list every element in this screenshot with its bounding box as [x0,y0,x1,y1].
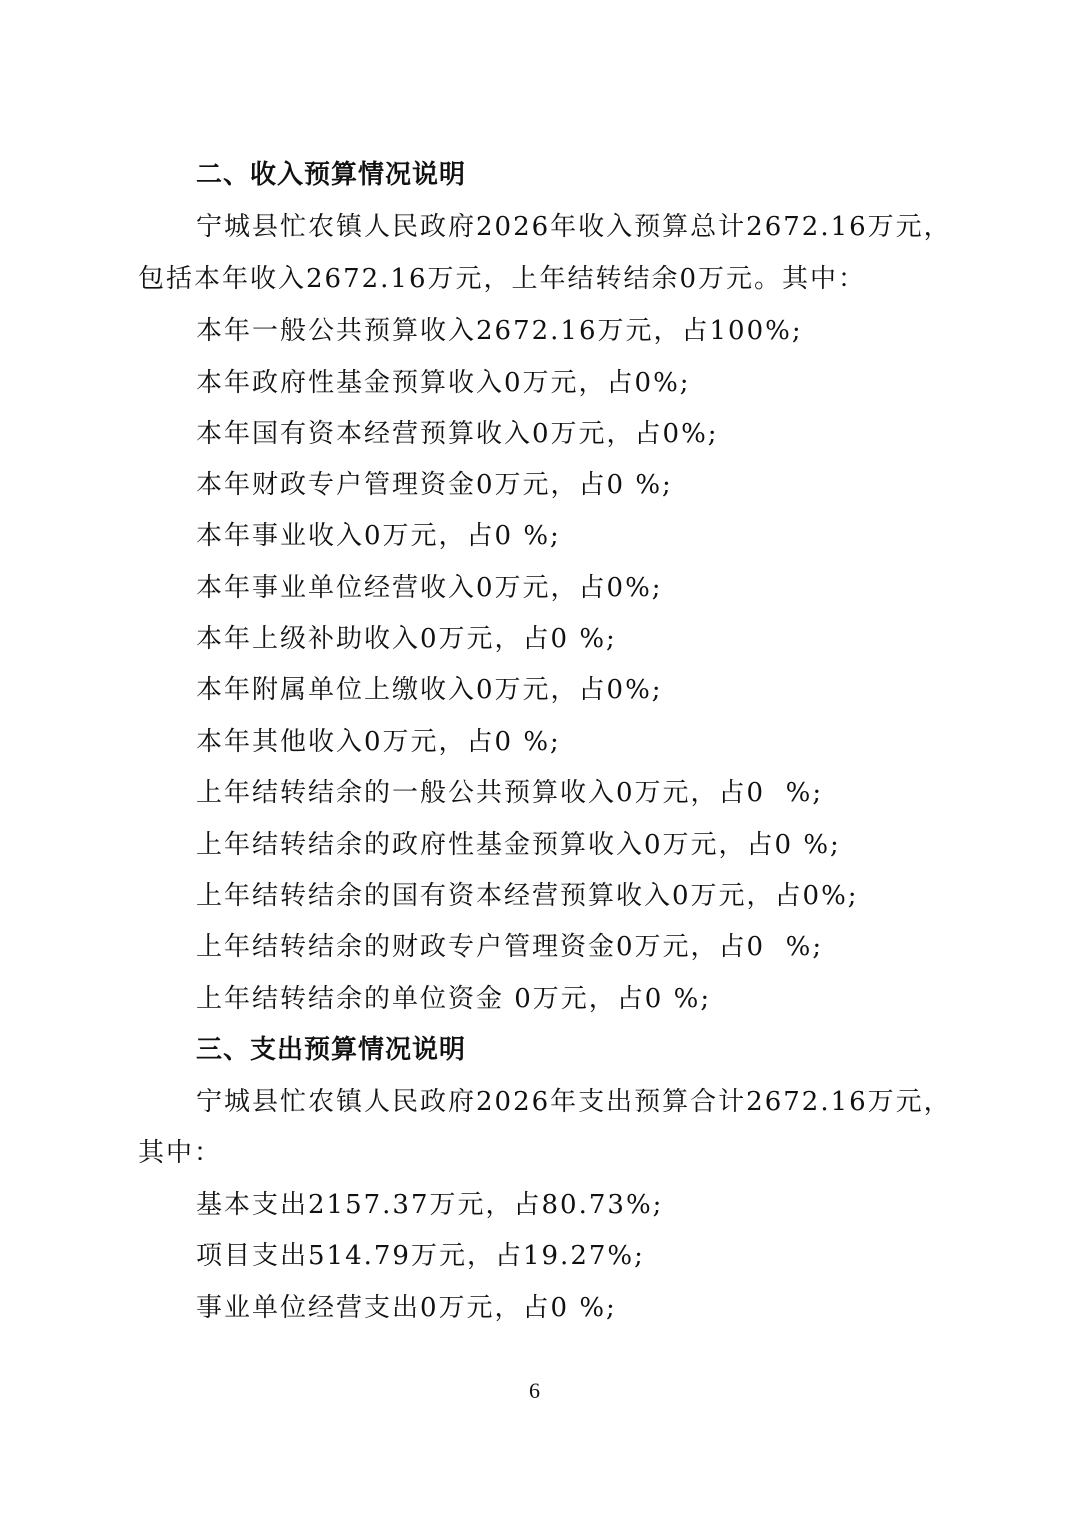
revenue-item: 本年政府性基金预算收入0万元，占0%; [196,366,691,400]
page-number: 6 [529,1378,540,1404]
document-page: 二、收入预算情况说明 宁城县忙农镇人民政府2026年收入预算总计2672.16万… [0,0,1074,1520]
revenue-item: 上年结转结余的政府性基金预算收入0万元，占0 %; [196,828,841,862]
section-heading-revenue: 二、收入预算情况说明 [196,158,466,192]
revenue-item: 上年结转结余的单位资金 0万元，占0 %; [196,982,711,1016]
revenue-item: 本年一般公共预算收入2672.16万元，占100%; [196,314,803,348]
revenue-item: 本年附属单位上缴收入0万元，占0%; [196,673,663,707]
revenue-item: 上年结转结余的一般公共预算收入0万元，占0 %; [196,776,823,810]
revenue-intro-line-2: 包括本年收入2672.16万元，上年结转结余0万元。其中： [138,262,866,296]
revenue-item: 本年财政专户管理资金0万元，占0 %; [196,468,673,502]
expenditure-item: 基本支出2157.37万元，占80.73%; [196,1188,663,1222]
expenditure-item: 事业单位经营支出0万元，占0 %; [196,1291,617,1325]
expenditure-item: 项目支出514.79万元，占19.27%; [196,1239,645,1273]
revenue-item: 上年结转结余的财政专户管理资金0万元，占0 %; [196,930,823,964]
revenue-item: 本年国有资本经营预算收入0万元，占0%; [196,417,719,451]
section-heading-expenditure: 三、支出预算情况说明 [196,1033,466,1067]
revenue-item: 本年上级补助收入0万元，占0 %; [196,622,617,656]
revenue-intro-line-1: 宁城县忙农镇人民政府2026年收入预算总计2672.16万元， [196,210,952,244]
expenditure-intro-line-2: 其中： [138,1136,222,1170]
revenue-item: 本年事业收入0万元，占0 %; [196,519,561,553]
revenue-item: 本年其他收入0万元，占0 %; [196,725,561,759]
expenditure-intro-line-1: 宁城县忙农镇人民政府2026年支出预算合计2672.16万元， [196,1085,952,1119]
revenue-item: 上年结转结余的国有资本经营预算收入0万元，占0%; [196,879,859,913]
revenue-item: 本年事业单位经营收入0万元，占0%; [196,571,663,605]
